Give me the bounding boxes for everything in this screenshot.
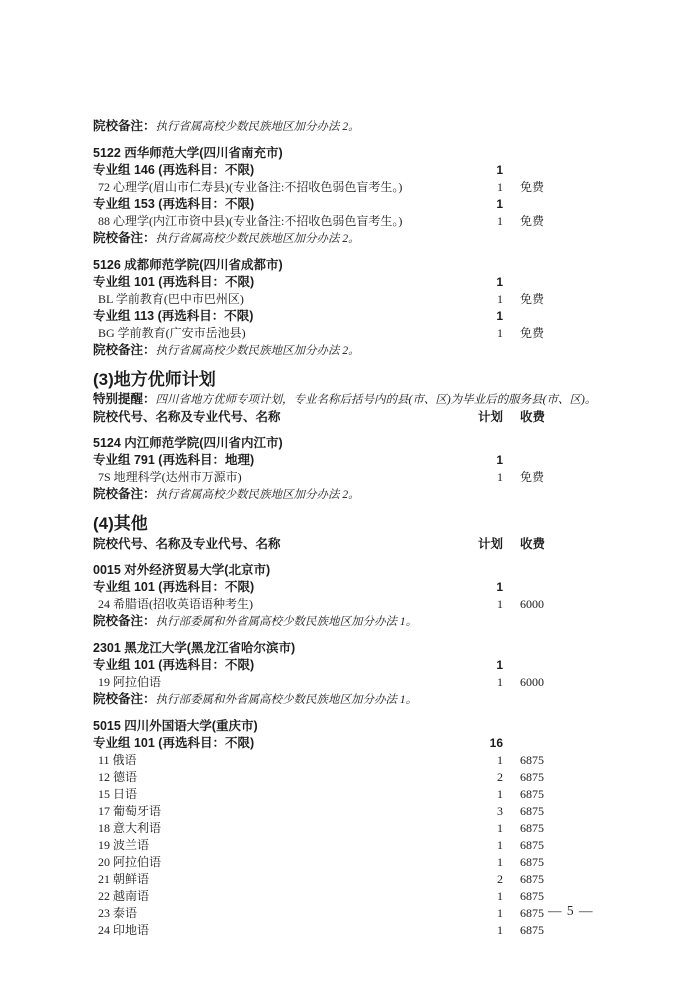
column-header-name: 院校代号、名称及专业代号、名称 <box>93 537 281 551</box>
column-header-name: 院校代号、名称及专业代号、名称 <box>93 410 281 424</box>
name-cell: 院校代号、名称及专业代号、名称 <box>93 536 463 553</box>
admissions-plan-document: 院校备注：执行省属高校少数民族地区加分办法 2。5122 西华师范大学(四川省南… <box>93 118 570 939</box>
name-cell: 12 德语 <box>93 769 463 786</box>
name-cell: 专业组 101 (再选科目：不限) <box>93 274 463 291</box>
major-row: 88 心理学(内江市资中县)(专业备注:不招收色弱色盲考生。)1免费 <box>93 213 570 230</box>
name-cell: 院校备注：执行省属高校少数民族地区加分办法 2。 <box>93 230 570 248</box>
name-cell: 院校备注：执行部委属和外省属高校少数民族地区加分办法 1。 <box>93 613 570 631</box>
major-group-row: 专业组 101 (再选科目：不限)16 <box>93 735 570 752</box>
document-page: { "page_footer": { "text": "— 5 —" }, "d… <box>0 0 699 988</box>
fee-cell: 免费 <box>503 469 570 486</box>
major-group-label: 专业组 101 (再选科目：不限) <box>93 275 254 289</box>
major-name: 19 波兰语 <box>98 838 149 852</box>
remark-label: 院校备注： <box>93 231 156 245</box>
major-name: 20 阿拉伯语 <box>98 855 161 869</box>
plan-cell: 1 <box>463 657 503 674</box>
major-name: 15 日语 <box>98 787 137 801</box>
plan-cell: 1 <box>463 452 503 469</box>
name-cell: 21 朝鲜语 <box>93 871 463 888</box>
major-name: 19 阿拉伯语 <box>98 675 161 689</box>
major-group-row: 专业组 146 (再选科目：不限)1 <box>93 162 570 179</box>
major-row: 15 日语16875 <box>93 786 570 803</box>
fee-cell: 免费 <box>503 179 570 196</box>
major-name: BL 学前教育(巴中市巴州区) <box>98 292 244 306</box>
major-row: 18 意大利语16875 <box>93 820 570 837</box>
plan-cell: 1 <box>463 308 503 325</box>
name-cell: 7S 地理科学(达州市万源市) <box>93 469 463 486</box>
remark-text: 执行部委属和外省属高校少数民族地区加分办法 1。 <box>156 694 418 706</box>
plan-cell: 1 <box>463 786 503 803</box>
name-cell: 20 阿拉伯语 <box>93 854 463 871</box>
major-row: BG 学前教育(广安市岳池县)1免费 <box>93 325 570 342</box>
remark-text: 执行省属高校少数民族地区加分办法 2。 <box>156 233 360 245</box>
major-name: 7S 地理科学(达州市万源市) <box>98 470 242 484</box>
name-cell: 院校备注：执行省属高校少数民族地区加分办法 2。 <box>93 486 570 504</box>
fee-cell: 免费 <box>503 291 570 308</box>
major-row: 12 德语26875 <box>93 769 570 786</box>
major-name: 17 葡萄牙语 <box>98 804 161 818</box>
fee-cell: 6875 <box>503 752 570 769</box>
plan-cell: 1 <box>463 888 503 905</box>
name-cell: 专业组 101 (再选科目：不限) <box>93 735 463 752</box>
plan-cell: 1 <box>463 213 503 230</box>
major-name: 21 朝鲜语 <box>98 872 149 886</box>
remark-text: 执行省属高校少数民族地区加分办法 2。 <box>156 489 360 501</box>
remark-label: 院校备注： <box>93 614 156 628</box>
fee-cell: 6000 <box>503 674 570 691</box>
fee-cell: 6875 <box>503 922 570 939</box>
plan-cell: 1 <box>463 922 503 939</box>
major-group-label: 专业组 113 (再选科目：不限) <box>93 309 253 323</box>
note-text: 四川省地方优师专项计划，专业名称后括号内的县(市、区)为毕业后的服务县(市、区)… <box>156 394 597 406</box>
name-cell: 专业组 101 (再选科目：不限) <box>93 579 463 596</box>
major-row: 19 阿拉伯语16000 <box>93 674 570 691</box>
major-row: 72 心理学(眉山市仁寿县)(专业备注:不招收色弱色盲考生。)1免费 <box>93 179 570 196</box>
name-cell: 15 日语 <box>93 786 463 803</box>
name-cell: 院校备注：执行省属高校少数民族地区加分办法 2。 <box>93 342 570 360</box>
plan-cell: 计划 <box>463 536 503 553</box>
name-cell: BL 学前教育(巴中市巴州区) <box>93 291 463 308</box>
major-row: 17 葡萄牙语36875 <box>93 803 570 820</box>
name-cell: 专业组 101 (再选科目：不限) <box>93 657 463 674</box>
name-cell: 专业组 791 (再选科目：地理) <box>93 452 463 469</box>
major-row: 21 朝鲜语26875 <box>93 871 570 888</box>
plan-cell: 1 <box>463 854 503 871</box>
major-name: 88 心理学(内江市资中县)(专业备注:不招收色弱色盲考生。) <box>98 214 402 228</box>
plan-cell: 2 <box>463 769 503 786</box>
plan-cell: 1 <box>463 274 503 291</box>
name-cell: 院校备注：执行部委属和外省属高校少数民族地区加分办法 1。 <box>93 691 570 709</box>
plan-cell: 1 <box>463 162 503 179</box>
remark-text: 执行省属高校少数民族地区加分办法 2。 <box>156 121 360 133</box>
plan-cell: 1 <box>463 905 503 922</box>
institution-remark-row: 院校备注：执行部委属和外省属高校少数民族地区加分办法 1。 <box>93 691 570 709</box>
major-group-label: 专业组 791 (再选科目：地理) <box>93 453 254 467</box>
plan-cell: 1 <box>463 291 503 308</box>
fee-cell: 6875 <box>503 769 570 786</box>
major-name: 11 俄语 <box>98 753 137 767</box>
major-group-label: 专业组 101 (再选科目：不限) <box>93 580 254 594</box>
name-cell: 19 波兰语 <box>93 837 463 854</box>
plan-cell: 2 <box>463 871 503 888</box>
name-cell: 17 葡萄牙语 <box>93 803 463 820</box>
major-row: 7S 地理科学(达州市万源市)1免费 <box>93 469 570 486</box>
fee-cell: 6875 <box>503 786 570 803</box>
plan-cell: 1 <box>463 752 503 769</box>
note-label: 特别提醒： <box>93 392 156 406</box>
major-row: 24 印地语16875 <box>93 922 570 939</box>
major-row: BL 学前教育(巴中市巴州区)1免费 <box>93 291 570 308</box>
university-row: 5124 内江师范学院(四川省内江市) <box>93 435 570 452</box>
major-group-row: 专业组 153 (再选科目：不限)1 <box>93 196 570 213</box>
fee-cell: 6875 <box>503 820 570 837</box>
major-name: 22 越南语 <box>98 889 149 903</box>
name-cell: 24 希腊语(招收英语语种考生) <box>93 596 463 613</box>
major-name: 12 德语 <box>98 770 137 784</box>
section-title: (4)其他 <box>93 512 570 535</box>
major-group-label: 专业组 101 (再选科目：不限) <box>93 658 254 672</box>
major-group-label: 专业组 153 (再选科目：不限) <box>93 197 254 211</box>
major-group-label: 专业组 101 (再选科目：不限) <box>93 736 254 750</box>
major-name: 18 意大利语 <box>98 821 161 835</box>
institution-remark-row: 院校备注：执行部委属和外省属高校少数民族地区加分办法 1。 <box>93 613 570 631</box>
major-name: 72 心理学(眉山市仁寿县)(专业备注:不招收色弱色盲考生。) <box>98 180 402 194</box>
university-row: 5015 四川外国语大学(重庆市) <box>93 718 570 735</box>
plan-cell: 1 <box>463 596 503 613</box>
name-cell: 19 阿拉伯语 <box>93 674 463 691</box>
name-cell: 23 泰语 <box>93 905 463 922</box>
fee-cell: 6000 <box>503 596 570 613</box>
plan-cell: 1 <box>463 179 503 196</box>
remark-text: 执行省属高校少数民族地区加分办法 2。 <box>156 345 360 357</box>
plan-cell: 1 <box>463 820 503 837</box>
page-number: — 5 — <box>548 903 594 919</box>
name-cell: 专业组 113 (再选科目：不限) <box>93 308 463 325</box>
major-row: 20 阿拉伯语16875 <box>93 854 570 871</box>
university-row: 5126 成都师范学院(四川省成都市) <box>93 257 570 274</box>
plan-cell: 1 <box>463 469 503 486</box>
fee-cell: 免费 <box>503 325 570 342</box>
major-row: 11 俄语16875 <box>93 752 570 769</box>
name-cell: 24 印地语 <box>93 922 463 939</box>
name-cell: 专业组 146 (再选科目：不限) <box>93 162 463 179</box>
major-group-row: 专业组 791 (再选科目：地理)1 <box>93 452 570 469</box>
remark-label: 院校备注： <box>93 487 156 501</box>
major-group-row: 专业组 113 (再选科目：不限)1 <box>93 308 570 325</box>
plan-cell: 1 <box>463 325 503 342</box>
major-row: 24 希腊语(招收英语语种考生)16000 <box>93 596 570 613</box>
fee-cell: 6875 <box>503 871 570 888</box>
plan-cell: 1 <box>463 579 503 596</box>
major-name: 24 希腊语(招收英语语种考生) <box>98 597 253 611</box>
plan-cell: 1 <box>463 674 503 691</box>
major-name: 24 印地语 <box>98 923 149 937</box>
university-row: 0015 对外经济贸易大学(北京市) <box>93 562 570 579</box>
fee-cell: 6875 <box>503 837 570 854</box>
remark-text: 执行部委属和外省属高校少数民族地区加分办法 1。 <box>156 616 418 628</box>
name-cell: BG 学前教育(广安市岳池县) <box>93 325 463 342</box>
major-group-row: 专业组 101 (再选科目：不限)1 <box>93 579 570 596</box>
name-cell: 院校代号、名称及专业代号、名称 <box>93 409 463 426</box>
major-name: BG 学前教育(广安市岳池县) <box>98 326 246 340</box>
special-note-row: 特别提醒：四川省地方优师专项计划，专业名称后括号内的县(市、区)为毕业后的服务县… <box>93 391 658 408</box>
major-group-row: 专业组 101 (再选科目：不限)1 <box>93 657 570 674</box>
major-row: 23 泰语16875 <box>93 905 570 922</box>
column-header-row: 院校代号、名称及专业代号、名称计划收费 <box>93 536 570 553</box>
fee-cell: 收费 <box>503 409 570 426</box>
plan-cell: 1 <box>463 196 503 213</box>
university-row: 5122 西华师范大学(四川省南充市) <box>93 145 570 162</box>
plan-cell: 16 <box>463 735 503 752</box>
section-title: (3)地方优师计划 <box>93 368 570 391</box>
fee-cell: 6875 <box>503 803 570 820</box>
remark-label: 院校备注： <box>93 692 156 706</box>
plan-cell: 3 <box>463 803 503 820</box>
institution-remark-row: 院校备注：执行省属高校少数民族地区加分办法 2。 <box>93 118 570 136</box>
name-cell: 18 意大利语 <box>93 820 463 837</box>
university-row: 2301 黑龙江大学(黑龙江省哈尔滨市) <box>93 640 570 657</box>
major-group-label: 专业组 146 (再选科目：不限) <box>93 163 254 177</box>
name-cell: 特别提醒：四川省地方优师专项计划，专业名称后括号内的县(市、区)为毕业后的服务县… <box>93 391 658 408</box>
remark-label: 院校备注： <box>93 119 156 133</box>
name-cell: 11 俄语 <box>93 752 463 769</box>
name-cell: 专业组 153 (再选科目：不限) <box>93 196 463 213</box>
institution-remark-row: 院校备注：执行省属高校少数民族地区加分办法 2。 <box>93 342 570 360</box>
major-row: 19 波兰语16875 <box>93 837 570 854</box>
institution-remark-row: 院校备注：执行省属高校少数民族地区加分办法 2。 <box>93 486 570 504</box>
institution-remark-row: 院校备注：执行省属高校少数民族地区加分办法 2。 <box>93 230 570 248</box>
remark-label: 院校备注： <box>93 343 156 357</box>
plan-cell: 计划 <box>463 409 503 426</box>
fee-cell: 免费 <box>503 213 570 230</box>
fee-cell: 收费 <box>503 536 570 553</box>
name-cell: 88 心理学(内江市资中县)(专业备注:不招收色弱色盲考生。) <box>93 213 463 230</box>
name-cell: 22 越南语 <box>93 888 463 905</box>
major-name: 23 泰语 <box>98 906 137 920</box>
plan-cell: 1 <box>463 837 503 854</box>
name-cell: 72 心理学(眉山市仁寿县)(专业备注:不招收色弱色盲考生。) <box>93 179 463 196</box>
major-group-row: 专业组 101 (再选科目：不限)1 <box>93 274 570 291</box>
major-row: 22 越南语16875 <box>93 888 570 905</box>
column-header-row: 院校代号、名称及专业代号、名称计划收费 <box>93 409 570 426</box>
fee-cell: 6875 <box>503 854 570 871</box>
name-cell: 院校备注：执行省属高校少数民族地区加分办法 2。 <box>93 118 570 136</box>
